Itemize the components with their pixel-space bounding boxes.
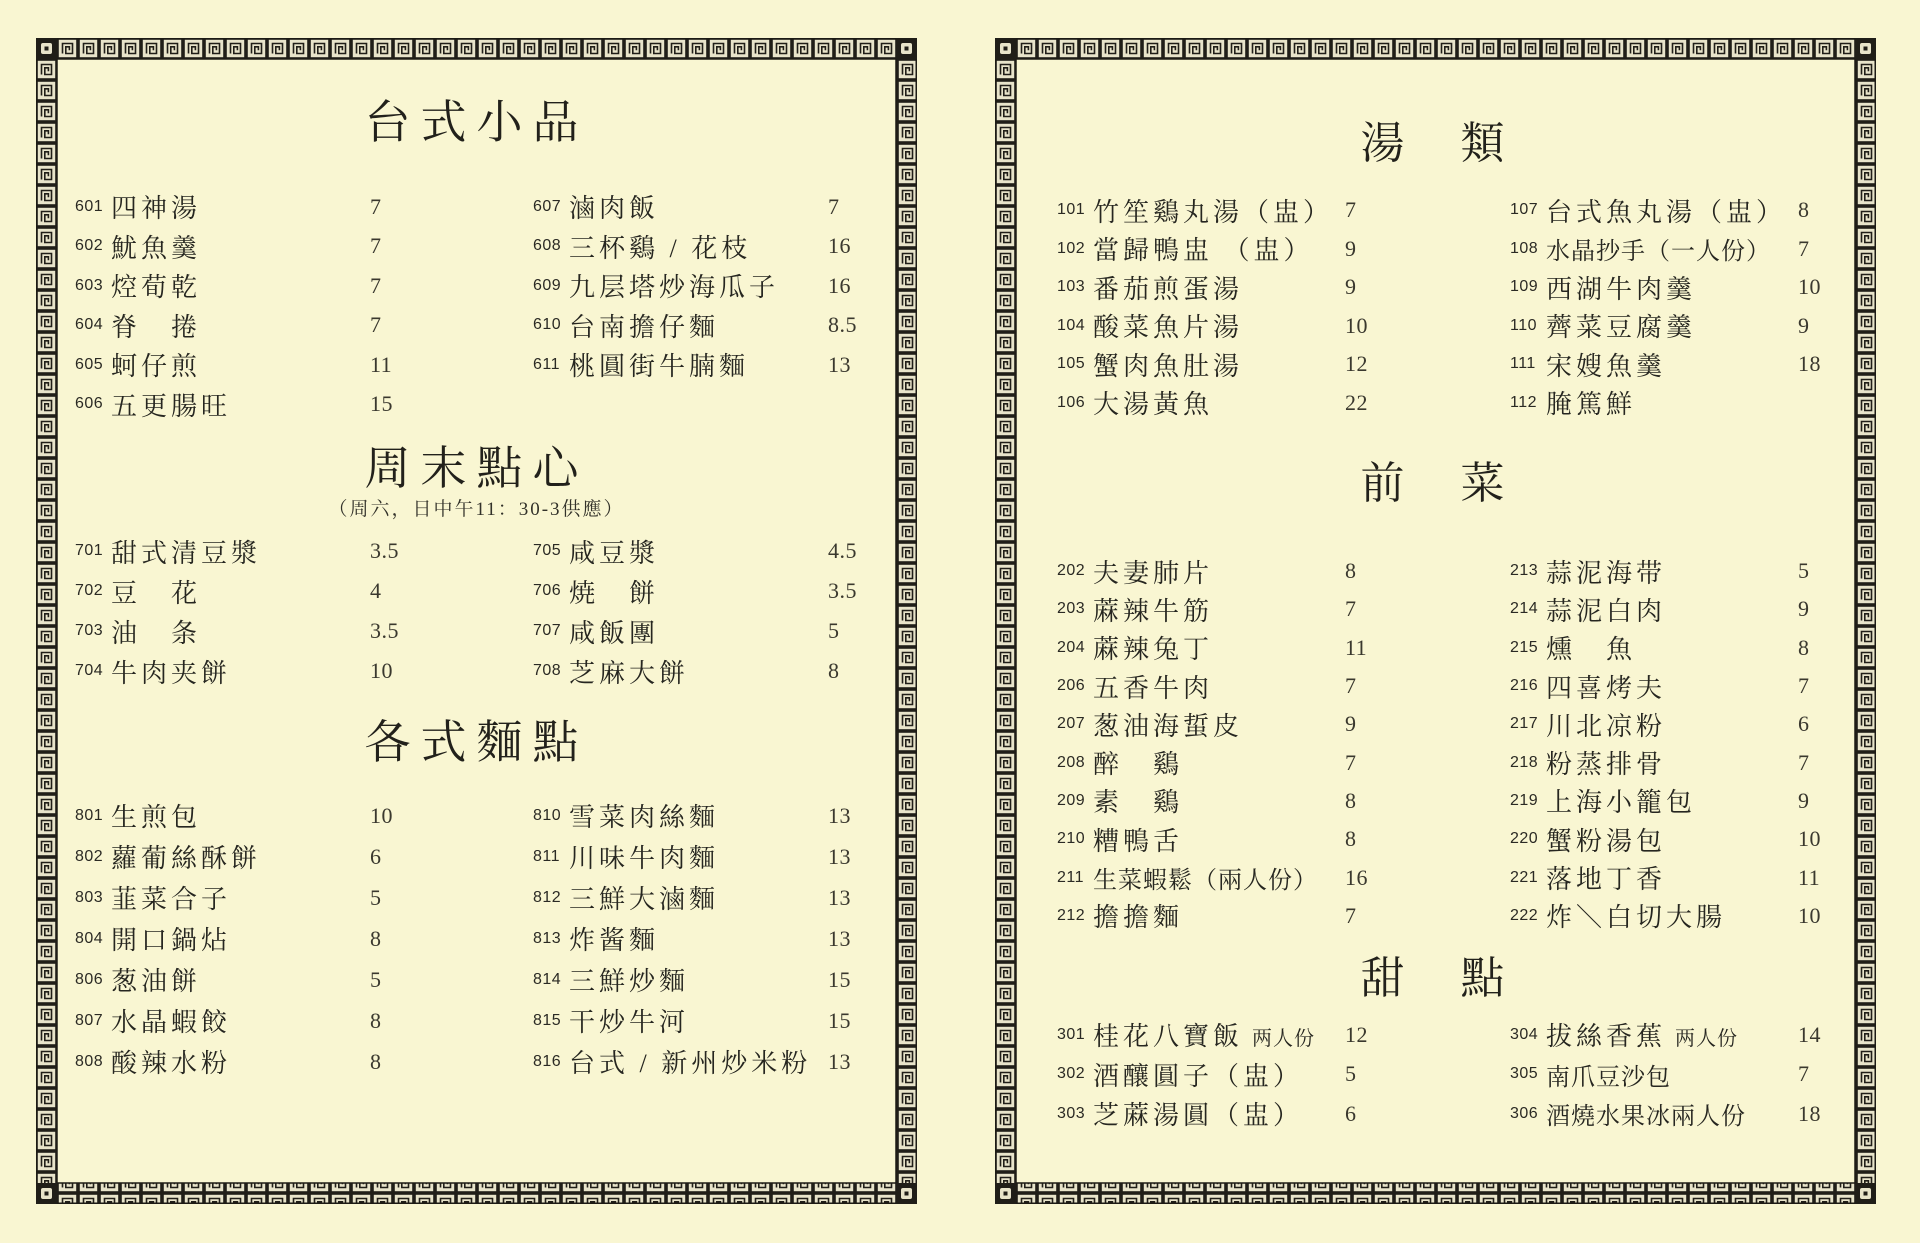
- item-name: 炸＼白切大腸: [1546, 897, 1726, 934]
- item-number: 207: [1057, 715, 1093, 733]
- item-price: 7: [1345, 596, 1357, 622]
- item-name: 素 鷄: [1093, 782, 1183, 819]
- item-name: 咸飯團: [569, 613, 659, 650]
- menu-item-row: 808 酸辣水粉 8: [75, 1041, 521, 1082]
- item-name: 生煎包: [111, 797, 201, 834]
- item-number: 815: [533, 1012, 569, 1030]
- item-price: 7: [1798, 673, 1810, 699]
- item-price: 5: [1345, 1061, 1357, 1087]
- item-name: 落地丁香: [1546, 859, 1666, 896]
- item-number: 804: [75, 930, 111, 948]
- item-price: 7: [1798, 750, 1810, 776]
- item-name: 蘿葡絲酥餅: [111, 838, 261, 875]
- item-name: 芝麻大餅: [569, 653, 689, 690]
- item-name-suffix: 两人份: [1252, 1028, 1315, 1050]
- item-name: 上海小籠包: [1546, 782, 1696, 819]
- item-price: 8: [1345, 558, 1357, 584]
- item-price: 7: [370, 194, 382, 220]
- item-number: 802: [75, 848, 111, 866]
- item-name: 脊 捲: [111, 307, 201, 344]
- item-price: 7: [1345, 750, 1357, 776]
- section-title-soups: 湯 類: [995, 119, 1876, 170]
- menu-item-row: 212 擔擔麵 7: [1057, 897, 1497, 935]
- item-name: 酒燒水果冰兩人份: [1546, 1096, 1746, 1131]
- item-number: 305: [1510, 1065, 1546, 1083]
- item-number: 211: [1057, 869, 1093, 887]
- menu-column: 304 拔絲香蕉两人份 14 305 南爪豆沙包 7 306 酒燒水果冰兩人份 …: [1510, 1015, 1870, 1134]
- menu-item-row: 203 蔴辣牛筋 7: [1057, 590, 1497, 628]
- item-name: 開口鍋炶: [111, 920, 231, 957]
- item-number: 112: [1510, 394, 1546, 412]
- item-price: 15: [828, 1008, 851, 1034]
- item-name: 雪菜肉絲麵: [569, 797, 719, 834]
- item-name: 桂花八寶飯两人份: [1093, 1016, 1315, 1053]
- menu-item-row: 220 蟹粉湯包 10: [1510, 820, 1870, 858]
- left-page-content: 台式小品 601 四神湯 7 602 魷魚羹 7 603 焢荀乾 7 604 脊…: [36, 38, 917, 1204]
- item-name: 韮菜合子: [111, 879, 231, 916]
- item-price: 5: [370, 967, 382, 993]
- item-name: 西湖牛肉羹: [1546, 269, 1696, 306]
- menu-item-row: 222 炸＼白切大腸 10: [1510, 897, 1870, 935]
- item-number: 607: [533, 198, 569, 216]
- item-number: 216: [1510, 677, 1546, 695]
- item-number: 704: [75, 662, 111, 680]
- item-number: 110: [1510, 317, 1546, 335]
- item-number: 801: [75, 807, 111, 825]
- item-name: 薺菜豆腐羹: [1546, 307, 1696, 344]
- item-name: 擔擔麵: [1093, 897, 1183, 934]
- item-price: 7: [370, 233, 382, 259]
- menu-item-row: 704 牛肉夹餅 10: [75, 651, 521, 691]
- item-number: 303: [1057, 1105, 1093, 1123]
- item-name: 蟹肉魚肚湯: [1093, 346, 1243, 383]
- menu-item-row: 707 咸飯團 5: [533, 611, 911, 651]
- item-number: 705: [533, 542, 569, 560]
- item-name: 芝蔴湯圓（盅）: [1093, 1095, 1303, 1132]
- menu-item-row: 221 落地丁香 11: [1510, 858, 1870, 896]
- item-number: 816: [533, 1053, 569, 1071]
- menu-item-row: 109 西湖牛肉羹 10: [1510, 268, 1870, 307]
- menu-item-row: 216 四喜烤夫 7: [1510, 667, 1870, 705]
- menu-item-row: 605 蚵仔煎 11: [75, 345, 521, 385]
- item-number: 706: [533, 582, 569, 600]
- menu-item-row: 301 桂花八寶飯两人份 12: [1057, 1015, 1497, 1055]
- menu-item-row: 204 蔴辣兔丁 11: [1057, 629, 1497, 667]
- item-price: 13: [828, 926, 851, 952]
- item-price: 9: [1798, 596, 1810, 622]
- item-price: 5: [370, 885, 382, 911]
- item-number: 206: [1057, 677, 1093, 695]
- item-number: 103: [1057, 278, 1093, 296]
- item-name-suffix: 两人份: [1675, 1028, 1738, 1050]
- menu-column: 101 竹笙鷄丸湯（盅） 7 102 當歸鴨盅 （盅） 9 103 番茄煎蛋湯 …: [1057, 191, 1497, 422]
- item-number: 218: [1510, 754, 1546, 772]
- item-name: 川味牛肉麵: [569, 838, 719, 875]
- item-name: 蚵仔煎: [111, 346, 201, 383]
- item-price: 7: [1345, 673, 1357, 699]
- menu-item-row: 815 干炒牛河 15: [533, 1000, 911, 1041]
- item-price: 7: [828, 194, 840, 220]
- item-number: 608: [533, 237, 569, 255]
- item-name: 酸辣水粉: [111, 1043, 231, 1080]
- item-name: 三鮮大滷麵: [569, 879, 719, 916]
- item-number: 609: [533, 277, 569, 295]
- item-name: 魷魚羹: [111, 228, 201, 265]
- item-price: 8: [1798, 635, 1810, 661]
- item-number: 213: [1510, 562, 1546, 580]
- item-name: 九层塔炒海瓜子: [569, 267, 779, 304]
- item-price: 3.5: [370, 538, 399, 564]
- item-name: 焢荀乾: [111, 267, 201, 304]
- item-price: 9: [1345, 236, 1357, 262]
- menu-item-row: 609 九层塔炒海瓜子 16: [533, 266, 911, 306]
- item-name: 五香牛肉: [1093, 668, 1213, 705]
- item-price: 16: [828, 233, 851, 259]
- menu-item-row: 102 當歸鴨盅 （盅） 9: [1057, 230, 1497, 269]
- menu-item-row: 210 糟鴨舌 8: [1057, 820, 1497, 858]
- item-name: 葱油餅: [111, 961, 201, 998]
- menu-item-row: 813 炸酱麵 13: [533, 918, 911, 959]
- menu-column: 301 桂花八寶飯两人份 12 302 酒釀圓子（盅） 5 303 芝蔴湯圓（盅…: [1057, 1015, 1497, 1134]
- item-name: 川北凉粉: [1546, 706, 1666, 743]
- menu-column: 607 滷肉飯 7 608 三杯鷄 / 花枝 16 609 九层塔炒海瓜子 16…: [533, 187, 911, 385]
- item-price: 9: [1798, 313, 1810, 339]
- item-name: 三鮮炒麵: [569, 961, 689, 998]
- item-name: 桃圓街牛腩麵: [569, 346, 749, 383]
- menu-column: 107 台式魚丸湯（盅） 8 108 水晶抄手（一人份） 7 109 西湖牛肉羹…: [1510, 191, 1870, 422]
- item-number: 708: [533, 662, 569, 680]
- item-price: 7: [1798, 1061, 1810, 1087]
- item-name: 四喜烤夫: [1546, 668, 1666, 705]
- menu-item-row: 219 上海小籠包 9: [1510, 782, 1870, 820]
- item-number: 601: [75, 198, 111, 216]
- menu-item-row: 608 三杯鷄 / 花枝 16: [533, 227, 911, 267]
- item-number: 605: [75, 356, 111, 374]
- menu-item-row: 602 魷魚羹 7: [75, 227, 521, 267]
- menu-item-row: 111 宋嫂魚羹 18: [1510, 345, 1870, 384]
- menu-item-row: 708 芝麻大餅 8: [533, 651, 911, 691]
- item-price: 15: [828, 967, 851, 993]
- item-price: 13: [828, 352, 851, 378]
- item-name: 焼 餅: [569, 573, 659, 610]
- item-price: 8: [1798, 197, 1810, 223]
- item-name: 醉 鷄: [1093, 744, 1183, 781]
- item-number: 219: [1510, 792, 1546, 810]
- item-number: 107: [1510, 201, 1546, 219]
- item-number: 104: [1057, 317, 1093, 335]
- item-number: 203: [1057, 600, 1093, 618]
- menu-item-row: 806 葱油餅 5: [75, 959, 521, 1000]
- item-number: 222: [1510, 907, 1546, 925]
- item-price: 11: [1345, 635, 1367, 661]
- item-name: 拔絲香蕉两人份: [1546, 1016, 1738, 1053]
- item-name: 豆 花: [111, 573, 201, 610]
- item-price: 4: [370, 578, 382, 604]
- menu-item-row: 209 素 鷄 8: [1057, 782, 1497, 820]
- section-subtitle-weekend-dimsum: （周六，日中午11：30-3供應）: [36, 494, 917, 521]
- menu-column: 705 咸豆漿 4.5 706 焼 餅 3.5 707 咸飯團 5 708 芝麻…: [533, 531, 911, 691]
- item-name: 三杯鷄 / 花枝: [569, 228, 751, 265]
- item-number: 109: [1510, 278, 1546, 296]
- item-number: 814: [533, 971, 569, 989]
- menu-item-row: 304 拔絲香蕉两人份 14: [1510, 1015, 1870, 1055]
- item-name: 腌篤鮮: [1546, 384, 1636, 421]
- menu-item-row: 214 蒜泥白肉 9: [1510, 590, 1870, 628]
- item-number: 610: [533, 316, 569, 334]
- item-number: 302: [1057, 1065, 1093, 1083]
- menu-item-row: 702 豆 花 4: [75, 571, 521, 611]
- menu-item-row: 211 生菜蝦鬆（兩人份） 16: [1057, 858, 1497, 896]
- item-number: 209: [1057, 792, 1093, 810]
- item-price: 18: [1798, 351, 1821, 377]
- menu-item-row: 217 川北凉粉 6: [1510, 705, 1870, 743]
- item-price: 10: [1798, 826, 1821, 852]
- item-number: 301: [1057, 1026, 1093, 1044]
- item-name: 蟹粉湯包: [1546, 821, 1666, 858]
- item-number: 102: [1057, 240, 1093, 258]
- menu-page-left: 台式小品 601 四神湯 7 602 魷魚羹 7 603 焢荀乾 7 604 脊…: [36, 38, 917, 1204]
- item-name: 宋嫂魚羹: [1546, 346, 1666, 383]
- menu-item-row: 303 芝蔴湯圓（盅） 6: [1057, 1094, 1497, 1134]
- menu-column: 801 生煎包 10 802 蘿葡絲酥餅 6 803 韮菜合子 5 804 開口…: [75, 795, 521, 1082]
- menu-item-row: 208 醉 鷄 7: [1057, 743, 1497, 781]
- item-price: 11: [370, 352, 392, 378]
- menu-item-row: 706 焼 餅 3.5: [533, 571, 911, 611]
- menu-item-row: 302 酒釀圓子（盅） 5: [1057, 1055, 1497, 1095]
- item-number: 215: [1510, 639, 1546, 657]
- item-number: 108: [1510, 240, 1546, 258]
- item-number: 105: [1057, 355, 1093, 373]
- menu-item-row: 705 咸豆漿 4.5: [533, 531, 911, 571]
- item-name: 葱油海蜇皮: [1093, 706, 1243, 743]
- menu-item-row: 601 四神湯 7: [75, 187, 521, 227]
- item-number: 304: [1510, 1026, 1546, 1044]
- item-number: 808: [75, 1053, 111, 1071]
- item-price: 8: [1345, 826, 1357, 852]
- item-number: 212: [1057, 907, 1093, 925]
- item-price: 7: [370, 312, 382, 338]
- menu-item-row: 804 開口鍋炶 8: [75, 918, 521, 959]
- item-number: 611: [533, 356, 569, 374]
- menu-item-row: 802 蘿葡絲酥餅 6: [75, 836, 521, 877]
- item-price: 5: [1798, 558, 1810, 584]
- item-price: 8: [370, 1008, 382, 1034]
- section-title-appetizers: 前 菜: [995, 459, 1876, 510]
- item-price: 7: [1345, 197, 1357, 223]
- item-price: 13: [828, 1049, 851, 1075]
- item-number: 106: [1057, 394, 1093, 412]
- item-name: 蔴辣牛筋: [1093, 591, 1213, 628]
- item-price: 6: [1798, 711, 1810, 737]
- item-price: 16: [1345, 865, 1368, 891]
- item-name: 酒釀圓子（盅）: [1093, 1056, 1303, 1093]
- menu-item-row: 213 蒜泥海带 5: [1510, 552, 1870, 590]
- item-price: 13: [828, 803, 851, 829]
- menu-item-row: 610 台南擔仔麵 8.5: [533, 306, 911, 346]
- item-name: 干炒牛河: [569, 1002, 689, 1039]
- menu-item-row: 110 薺菜豆腐羹 9: [1510, 307, 1870, 346]
- item-price: 7: [370, 273, 382, 299]
- item-name: 四神湯: [111, 188, 201, 225]
- menu-item-row: 810 雪菜肉絲麵 13: [533, 795, 911, 836]
- item-number: 217: [1510, 715, 1546, 733]
- menu-column: 701 甜式清豆漿 3.5 702 豆 花 4 703 油 条 3.5 704 …: [75, 531, 521, 691]
- menu-item-row: 807 水晶蝦餃 8: [75, 1000, 521, 1041]
- section-title-weekend-dimsum: 周末點心: [36, 443, 917, 496]
- menu-item-row: 107 台式魚丸湯（盅） 8: [1510, 191, 1870, 230]
- item-price: 13: [828, 844, 851, 870]
- menu-column: 202 夫妻肺片 8 203 蔴辣牛筋 7 204 蔴辣兔丁 11 206 五香…: [1057, 552, 1497, 935]
- item-name: 滷肉飯: [569, 188, 659, 225]
- menu-item-row: 604 脊 捲 7: [75, 306, 521, 346]
- item-name: 牛肉夹餅: [111, 653, 231, 690]
- item-price: 22: [1345, 390, 1368, 416]
- item-price: 9: [1798, 788, 1810, 814]
- item-price: 8: [370, 926, 382, 952]
- item-name: 五更腸旺: [111, 386, 231, 423]
- item-name: 夫妻肺片: [1093, 553, 1213, 590]
- menu-item-row: 816 台式 / 新州炒米粉 13: [533, 1041, 911, 1082]
- item-price: 11: [1798, 865, 1820, 891]
- menu-item-row: 812 三鮮大滷麵 13: [533, 877, 911, 918]
- item-number: 812: [533, 889, 569, 907]
- menu-item-row: 801 生煎包 10: [75, 795, 521, 836]
- item-price: 4.5: [828, 538, 857, 564]
- item-number: 703: [75, 622, 111, 640]
- menu-item-row: 603 焢荀乾 7: [75, 266, 521, 306]
- item-number: 606: [75, 395, 111, 413]
- item-price: 10: [370, 658, 393, 684]
- item-name: 酸菜魚片湯: [1093, 307, 1243, 344]
- item-number: 101: [1057, 201, 1093, 219]
- item-price: 9: [1345, 711, 1357, 737]
- menu-item-row: 607 滷肉飯 7: [533, 187, 911, 227]
- item-number: 202: [1057, 562, 1093, 580]
- item-number: 111: [1510, 355, 1546, 373]
- item-number: 604: [75, 316, 111, 334]
- item-number: 701: [75, 542, 111, 560]
- item-name: 糟鴨舌: [1093, 821, 1183, 858]
- menu-item-row: 101 竹笙鷄丸湯（盅） 7: [1057, 191, 1497, 230]
- item-name: 咸豆漿: [569, 533, 659, 570]
- item-price: 3.5: [828, 578, 857, 604]
- item-name: 生菜蝦鬆（兩人份）: [1093, 860, 1318, 895]
- menu-item-row: 108 水晶抄手（一人份） 7: [1510, 230, 1870, 269]
- menu-item-row: 703 油 条 3.5: [75, 611, 521, 651]
- item-name: 台式魚丸湯（盅）: [1546, 192, 1786, 229]
- right-page-content: 湯 類 101 竹笙鷄丸湯（盅） 7 102 當歸鴨盅 （盅） 9 103 番茄…: [995, 38, 1876, 1204]
- item-number: 214: [1510, 600, 1546, 618]
- item-number: 221: [1510, 869, 1546, 887]
- section-title-desserts: 甜 點: [995, 954, 1876, 1005]
- item-name: 台式 / 新州炒米粉: [569, 1043, 811, 1080]
- item-name: 蒜泥海带: [1546, 553, 1666, 590]
- item-name: 大湯黃魚: [1093, 384, 1213, 421]
- item-price: 12: [1345, 1022, 1368, 1048]
- menu-column: 810 雪菜肉絲麵 13 811 川味牛肉麵 13 812 三鮮大滷麵 13 8…: [533, 795, 911, 1082]
- section-title-taiwanese-snacks: 台式小品: [36, 97, 917, 150]
- item-name: 蒜泥白肉: [1546, 591, 1666, 628]
- item-price: 7: [1345, 903, 1357, 929]
- item-price: 8: [828, 658, 840, 684]
- item-price: 15: [370, 391, 393, 417]
- item-price: 10: [1798, 274, 1821, 300]
- menu-column: 601 四神湯 7 602 魷魚羹 7 603 焢荀乾 7 604 脊 捲 7 …: [75, 187, 521, 424]
- item-price: 14: [1798, 1022, 1821, 1048]
- item-price: 9: [1345, 274, 1357, 300]
- menu-item-row: 106 大湯黃魚 22: [1057, 384, 1497, 423]
- menu-item-row: 803 韮菜合子 5: [75, 877, 521, 918]
- menu-column: 213 蒜泥海带 5 214 蒜泥白肉 9 215 燻 魚 8 216 四喜烤夫…: [1510, 552, 1870, 935]
- menu-item-row: 215 燻 魚 8: [1510, 629, 1870, 667]
- item-number: 807: [75, 1012, 111, 1030]
- item-number: 204: [1057, 639, 1093, 657]
- item-number: 603: [75, 277, 111, 295]
- menu-item-row: 218 粉蒸排骨 7: [1510, 743, 1870, 781]
- item-price: 12: [1345, 351, 1368, 377]
- item-number: 811: [533, 848, 569, 866]
- menu-item-row: 206 五香牛肉 7: [1057, 667, 1497, 705]
- menu-item-row: 814 三鮮炒麵 15: [533, 959, 911, 1000]
- item-name: 油 条: [111, 613, 201, 650]
- menu-item-row: 306 酒燒水果冰兩人份 18: [1510, 1094, 1870, 1134]
- item-name: 當歸鴨盅 （盅）: [1093, 230, 1314, 267]
- item-price: 10: [1345, 313, 1368, 339]
- item-price: 5: [828, 618, 840, 644]
- item-number: 803: [75, 889, 111, 907]
- menu-item-row: 207 葱油海蜇皮 9: [1057, 705, 1497, 743]
- menu-canvas: 台式小品 601 四神湯 7 602 魷魚羹 7 603 焢荀乾 7 604 脊…: [0, 0, 1920, 1243]
- item-price: 8: [1345, 788, 1357, 814]
- item-name: 蔴辣兔丁: [1093, 629, 1213, 666]
- menu-item-row: 202 夫妻肺片 8: [1057, 552, 1497, 590]
- item-name: 甜式清豆漿: [111, 533, 261, 570]
- item-name: 南爪豆沙包: [1546, 1057, 1671, 1092]
- item-name: 竹笙鷄丸湯（盅）: [1093, 192, 1333, 229]
- item-price: 10: [1798, 903, 1821, 929]
- item-number: 707: [533, 622, 569, 640]
- item-name: 番茄煎蛋湯: [1093, 269, 1243, 306]
- item-name: 燻 魚: [1546, 629, 1636, 666]
- item-name: 水晶抄手（一人份）: [1546, 231, 1771, 266]
- item-price: 10: [370, 803, 393, 829]
- menu-item-row: 811 川味牛肉麵 13: [533, 836, 911, 877]
- item-name: 粉蒸排骨: [1546, 744, 1666, 781]
- item-number: 806: [75, 971, 111, 989]
- item-number: 208: [1057, 754, 1093, 772]
- item-price: 3.5: [370, 618, 399, 644]
- menu-item-row: 103 番茄煎蛋湯 9: [1057, 268, 1497, 307]
- item-number: 306: [1510, 1105, 1546, 1123]
- menu-item-row: 611 桃圓街牛腩麵 13: [533, 345, 911, 385]
- item-name: 台南擔仔麵: [569, 307, 719, 344]
- section-title-noodles: 各式麵點: [36, 717, 917, 770]
- item-price: 6: [370, 844, 382, 870]
- item-name: 炸酱麵: [569, 920, 659, 957]
- item-price: 13: [828, 885, 851, 911]
- menu-item-row: 606 五更腸旺 15: [75, 385, 521, 425]
- item-price: 18: [1798, 1101, 1821, 1127]
- item-number: 810: [533, 807, 569, 825]
- item-number: 220: [1510, 830, 1546, 848]
- item-price: 16: [828, 273, 851, 299]
- menu-page-right: 湯 類 101 竹笙鷄丸湯（盅） 7 102 當歸鴨盅 （盅） 9 103 番茄…: [995, 38, 1876, 1204]
- menu-item-row: 105 蟹肉魚肚湯 12: [1057, 345, 1497, 384]
- menu-item-row: 701 甜式清豆漿 3.5: [75, 531, 521, 571]
- item-number: 813: [533, 930, 569, 948]
- item-price: 8: [370, 1049, 382, 1075]
- menu-item-row: 305 南爪豆沙包 7: [1510, 1055, 1870, 1095]
